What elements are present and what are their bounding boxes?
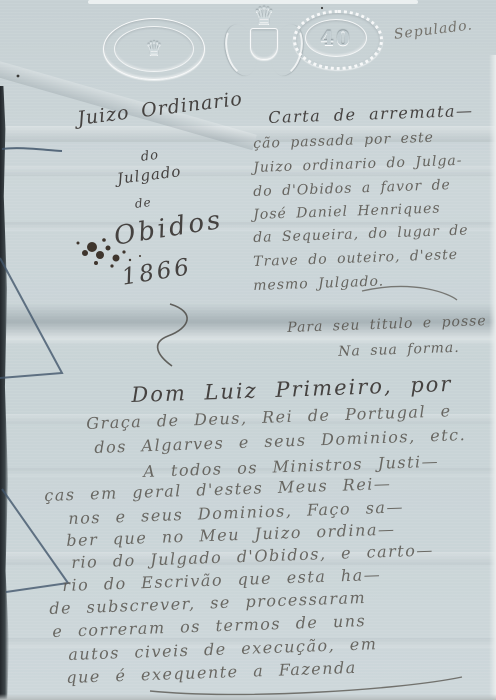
court-heading-year: 1866 xyxy=(120,254,194,291)
stamp-value: 40 xyxy=(320,26,352,50)
document-page: ♛ ♛ 40 S xyxy=(0,0,496,700)
scan-edge-right xyxy=(489,55,496,700)
embossed-value-seal-inner: 40 xyxy=(305,19,367,57)
crown-icon: ♛ xyxy=(253,4,275,28)
embossed-value-seal-icon: 40 xyxy=(293,10,383,70)
purpose-note-line: Na sua forma. xyxy=(338,340,460,360)
ink-flourish-left xyxy=(158,304,188,366)
title-line: do d'Obidos a favor de xyxy=(253,177,451,200)
court-heading-line: do xyxy=(140,148,160,165)
title-line: mesmo Julgado. xyxy=(253,273,384,294)
embossed-stamp-strip: ♛ ♛ 40 xyxy=(0,0,496,95)
title-line: ção passada por este xyxy=(253,130,434,152)
title-line: José Daniel Henriques xyxy=(253,200,441,223)
crown-icon: ♛ xyxy=(145,40,162,59)
embossed-crown-seal-inner: ♛ xyxy=(114,26,194,72)
court-heading-place: Obidos xyxy=(112,205,225,252)
court-heading-line: Julgado xyxy=(116,162,182,188)
title-line: Trave do outeiro, d'este xyxy=(253,247,458,270)
title-line: da Sequeira, do lugar de xyxy=(253,222,469,246)
blue-pencil-dash xyxy=(2,148,62,151)
scan-edge-left xyxy=(0,86,9,700)
title-line: Juizo ordinario do Julga- xyxy=(253,153,463,176)
purpose-note-line: Para seu titulo e posse xyxy=(287,313,487,336)
body-opening: Dom Luiz Primeiro, por xyxy=(131,372,453,407)
title-line: Carta de arremata— xyxy=(268,101,474,127)
court-heading-line: de xyxy=(134,195,152,211)
scan-edge-bottom xyxy=(0,694,496,700)
blue-pencil-triangle-1 xyxy=(0,258,62,378)
embossed-crown-seal-icon: ♛ xyxy=(103,18,205,80)
